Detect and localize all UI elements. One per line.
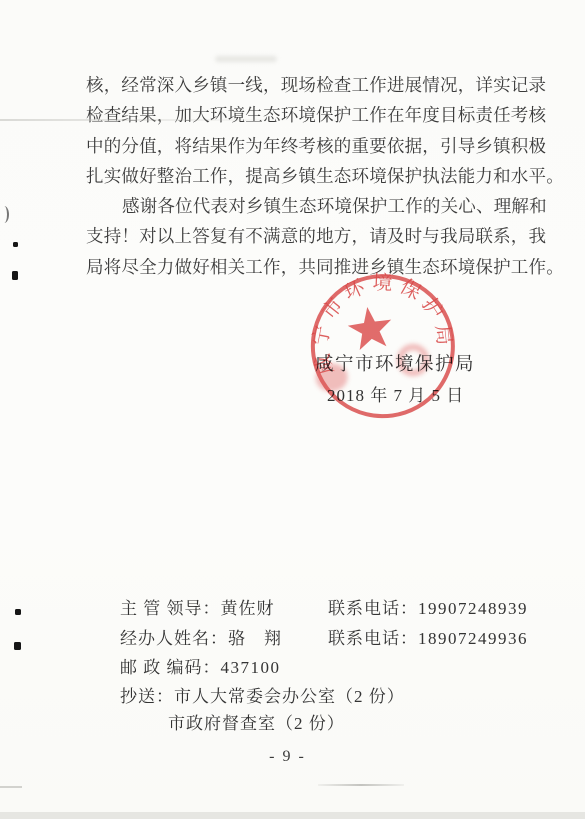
footer-label: 邮 政 编码： xyxy=(120,658,221,677)
svg-text:咸宁市环境保护局: 咸宁市环境保护局 xyxy=(299,261,458,378)
scan-smudge xyxy=(215,56,277,62)
binding-dot xyxy=(12,271,18,280)
body-line: 感谢各位代表对乡镇生态环境保护工作的关心、理解和 xyxy=(86,191,512,221)
body-line: 中的分值，将结果作为年终考核的重要依据，引导乡镇积极 xyxy=(86,131,512,161)
binding-dot xyxy=(13,242,18,247)
page-number: - 9 - xyxy=(0,748,575,766)
footer-value: 市政府督查室（2 份） xyxy=(168,714,345,733)
body-line: 检查结果，加大环境生态环境保护工作在年度目标责任考核 xyxy=(86,100,512,130)
footer-phone: 18907249936 xyxy=(418,629,528,648)
footer-label: 联系电话： xyxy=(328,629,418,648)
body-line: 核，经常深入乡镇一线，现场检查工作进展情况，详实记录 xyxy=(86,70,512,100)
footer-row: 主 管 领导：黄佐财 联系电话：19907248939 xyxy=(120,594,275,619)
stamp-smudge xyxy=(398,345,427,374)
body-line: 支持！对以上答复有不满意的地方，请及时与我局联系，我 xyxy=(86,221,512,251)
footer-label: 经办人姓名： xyxy=(120,629,228,648)
page-bottom-shadow xyxy=(0,812,585,819)
footer-label: 抄送： xyxy=(120,687,174,706)
star-icon xyxy=(346,304,395,351)
binding-dot xyxy=(14,642,21,650)
footer-row: 邮 政 编码：437100 xyxy=(120,653,281,678)
footer-label: 主 管 领导： xyxy=(120,599,221,618)
footer-row-cc: 抄送：市人大常委会办公室（2 份） xyxy=(120,682,405,707)
footer-phone: 19907248939 xyxy=(418,599,528,618)
footer-value: 骆 翔 xyxy=(228,629,282,648)
footer-label: 联系电话： xyxy=(328,599,418,618)
body-line: 扎实做好整治工作，提高乡镇生态环境保护执法能力和水平。 xyxy=(86,161,512,191)
scan-mark xyxy=(1,206,9,223)
scan-line xyxy=(0,119,300,121)
footer-row: 经办人姓名：骆 翔 联系电话：18907249936 xyxy=(120,624,282,649)
footer-value: 437100 xyxy=(221,658,281,677)
body-text: 核，经常深入乡镇一线，现场检查工作进展情况，详实记录 检查结果，加大环境生态环境… xyxy=(86,70,512,282)
footer-value: 黄佐财 xyxy=(221,599,275,618)
footer-row-cc: 市政府督查室（2 份） xyxy=(168,709,345,734)
official-stamp-seal-icon: 咸宁市环境保护局 xyxy=(288,259,480,435)
binding-dot xyxy=(15,609,21,615)
footer-value: 市人大常委会办公室（2 份） xyxy=(174,687,405,706)
scan-line xyxy=(318,784,404,786)
document-page: 核，经常深入乡镇一线，现场检查工作进展情况，详实记录 检查结果，加大环境生态环境… xyxy=(0,0,585,819)
scan-line xyxy=(0,786,22,788)
stamp-arc-text: 咸宁市环境保护局 xyxy=(299,261,458,378)
